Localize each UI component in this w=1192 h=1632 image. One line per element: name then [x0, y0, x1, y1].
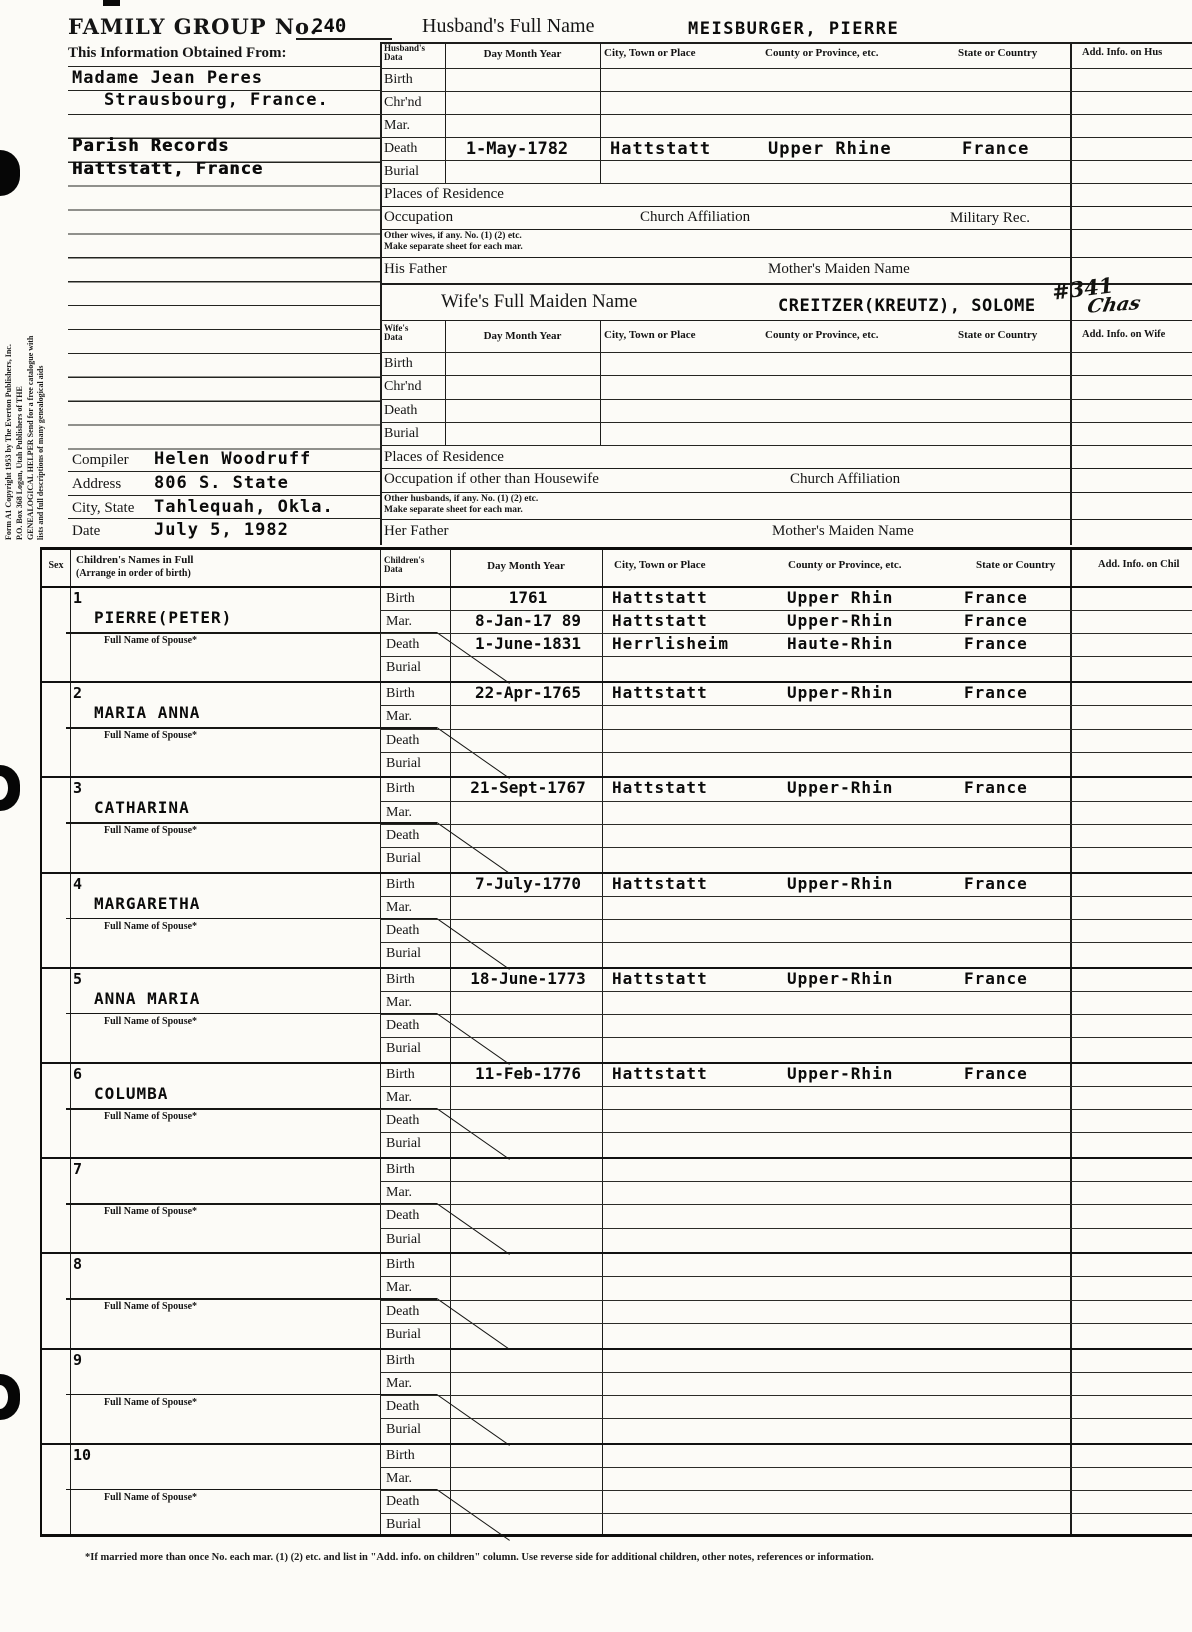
child-row-marriage: Mar.: [380, 897, 1192, 920]
compiler-row: Address 806 S. State: [68, 472, 380, 496]
row-label: Death: [384, 403, 417, 419]
row-county: Upper Rhine: [768, 139, 892, 159]
children-names-subheader: (Arrange in order of birth): [76, 568, 191, 579]
row-state: France: [962, 139, 1029, 159]
wife-data-header: Wife's Data: [384, 324, 408, 343]
source-line: Madame Jean Peres: [72, 68, 263, 88]
husband-vital-rows: Birth Chr'nd Mar.: [380, 68, 1192, 184]
row-city: Hattstatt: [612, 874, 708, 893]
children-table-header: Sex Children's Names in Full (Arrange in…: [42, 550, 1192, 588]
copyright-sidebar: Form A1 Copyright 1953 by The Everton Pu…: [4, 252, 60, 540]
wife-row: Burial: [380, 423, 1192, 446]
child-row-birth: Birth 11-Feb-1776 Hattstatt Upper-Rhin F…: [380, 1064, 1192, 1087]
source-line: Strausbourg, France.: [104, 90, 329, 110]
child-row-birth: Birth: [380, 1350, 1192, 1373]
column-header-city: City, Town or Place: [604, 329, 695, 341]
row-state: France: [964, 634, 1028, 653]
row-label: Mar.: [386, 805, 412, 821]
child-block: 4 MARGARETHA Full Name of Spouse* Birth …: [42, 874, 1192, 969]
child-row-death: Death: [380, 1015, 1192, 1038]
child-row-burial: Burial: [380, 1514, 1192, 1537]
child-row-burial: Burial: [380, 1229, 1192, 1252]
child-row-death: Death: [380, 1491, 1192, 1514]
row-date: 1-June-1831: [454, 634, 602, 653]
compiler-row-label: Compiler: [72, 452, 129, 469]
row-label: Birth: [386, 1448, 415, 1464]
row-date: 7-July-1770: [454, 874, 602, 893]
row-date: 18-June-1773: [454, 969, 602, 988]
child-row-death: Death: [380, 1301, 1192, 1324]
row-date: 8-Jan-17 89: [454, 611, 602, 630]
row-label: Mar.: [386, 1090, 412, 1106]
child-row-marriage: Mar.: [380, 1087, 1192, 1110]
row-county: Upper-Rhin: [787, 683, 893, 702]
row-label: Birth: [384, 356, 413, 372]
child-vital-rows: Birth Mar.: [380, 1445, 1192, 1540]
child-vital-rows: Birth 18-June-1773 Hattstatt Upper-Rhin …: [380, 969, 1192, 1062]
divider: [380, 492, 1192, 493]
wife-row: Death: [380, 400, 1192, 423]
child-number: 2: [73, 684, 82, 702]
row-label: Mar.: [384, 118, 410, 134]
row-label: Death: [386, 923, 419, 939]
row-label: Mar.: [386, 995, 412, 1011]
child-row-birth: Birth 7-July-1770 Hattstatt Upper-Rhin F…: [380, 874, 1192, 897]
row-city: Hattstatt: [612, 778, 708, 797]
column-header-city: City, Town or Place: [604, 47, 695, 59]
spouse-label: Full Name of Spouse*: [104, 635, 197, 646]
child-row-death: Death 1-June-1831 Herrlisheim Haute-Rhin…: [380, 634, 1192, 657]
children-table: Sex Children's Names in Full (Arrange in…: [40, 547, 1192, 1537]
child-name: COLUMBA: [94, 1084, 168, 1103]
row-label: Mar.: [386, 1280, 412, 1296]
places-of-residence-label: Places of Residence: [384, 449, 504, 466]
row-label: Birth: [386, 1067, 415, 1083]
row-state: France: [964, 969, 1028, 988]
row-date: 22-Apr-1765: [454, 683, 602, 702]
row-label: Death: [386, 1494, 419, 1510]
compiler-row: City, State Tahlequah, Okla.: [68, 496, 380, 520]
column-header-date: Day Month Year: [445, 48, 600, 60]
child-vital-rows: Birth Mar.: [380, 1350, 1192, 1443]
family-group-sheet: Form A1 Copyright 1953 by The Everton Pu…: [0, 0, 1192, 1632]
row-label: Birth: [386, 591, 415, 607]
husband-data-header: Husband's Data: [384, 44, 425, 63]
row-county: Upper-Rhin: [787, 969, 893, 988]
child-row-death: Death: [380, 1110, 1192, 1133]
child-row-birth: Birth: [380, 1254, 1192, 1277]
source-label: This Information Obtained From:: [68, 45, 287, 62]
row-label: Mar.: [386, 614, 412, 630]
spouse-label: Full Name of Spouse*: [104, 1206, 197, 1217]
form-title: FAMILY GROUP No.: [68, 14, 318, 39]
form-number: 240: [312, 15, 346, 37]
wife-row: Chr'nd: [380, 376, 1192, 399]
child-row-marriage: Mar.: [380, 992, 1192, 1015]
column-header-state: State or Country: [958, 329, 1037, 341]
child-number: 1: [73, 589, 82, 607]
column-header-addinfo: Add. Info. on Chil: [1098, 559, 1179, 570]
children-data-header: Children's Data: [384, 556, 424, 575]
spouse-label: Full Name of Spouse*: [104, 825, 197, 836]
row-date: 21-Sept-1767: [454, 778, 602, 797]
row-county: Upper-Rhin: [787, 1064, 893, 1083]
child-block: 7 Full Name of Spouse* Birth: [42, 1159, 1192, 1254]
hole-punch: [0, 765, 20, 811]
divider: [380, 468, 1192, 469]
child-vital-rows: Birth 11-Feb-1776 Hattstatt Upper-Rhin F…: [380, 1064, 1192, 1157]
child-row-birth: Birth 1761 Hattstatt Upper Rhin France: [380, 588, 1192, 611]
row-label: Burial: [386, 1327, 421, 1343]
row-label: Burial: [384, 426, 419, 442]
row-label: Birth: [386, 1353, 415, 1369]
child-row-burial: Burial: [380, 753, 1192, 776]
scan-mark: [103, 0, 120, 6]
church-affiliation-label: Church Affiliation: [640, 209, 750, 226]
child-block: 6 COLUMBA Full Name of Spouse* Birth 11-…: [42, 1064, 1192, 1159]
child-row-birth: Birth 21-Sept-1767 Hattstatt Upper-Rhin …: [380, 778, 1192, 801]
child-row-marriage: Mar.: [380, 1277, 1192, 1300]
child-row-marriage: Mar.: [380, 1468, 1192, 1491]
sex-header: Sex: [43, 560, 69, 571]
mothers-maiden-name-label: Mother's Maiden Name: [772, 523, 914, 540]
column-header-date: Day Month Year: [450, 560, 602, 572]
child-row-marriage: Mar.: [380, 706, 1192, 729]
ruled-lines: [68, 66, 380, 451]
spouse-label: Full Name of Spouse*: [104, 730, 197, 741]
row-label: Mar.: [386, 1471, 412, 1487]
child-number: 4: [73, 875, 82, 893]
child-name: ANNA MARIA: [94, 989, 200, 1008]
child-row-marriage: Mar.: [380, 1182, 1192, 1205]
row-county: Upper-Rhin: [787, 611, 893, 630]
row-label: Burial: [386, 946, 421, 962]
wife-vital-rows: Birth Chr'nd Death: [380, 352, 1192, 446]
row-state: France: [964, 778, 1028, 797]
child-block: 5 ANNA MARIA Full Name of Spouse* Birth …: [42, 969, 1192, 1064]
row-label: Burial: [386, 660, 421, 676]
child-row-death: Death: [380, 920, 1192, 943]
child-number: 6: [73, 1065, 82, 1083]
column-header-county: County or Province, etc.: [765, 47, 879, 59]
row-label: Burial: [386, 1136, 421, 1152]
row-date: 1761: [454, 588, 602, 607]
row-label: Death: [386, 637, 419, 653]
row-label: Birth: [386, 1162, 415, 1178]
child-vital-rows: Birth 1761 Hattstatt Upper Rhin France M…: [380, 588, 1192, 681]
child-name: MARGARETHA: [94, 894, 200, 913]
compiler-row-value: 806 S. State: [154, 473, 289, 493]
row-city: Hattstatt: [612, 969, 708, 988]
child-vital-rows: Birth 7-July-1770 Hattstatt Upper-Rhin F…: [380, 874, 1192, 967]
occupation-label: Occupation if other than Housewife: [384, 471, 599, 488]
compiler-row: Date July 5, 1982: [68, 519, 380, 543]
child-name: CATHARINA: [94, 798, 190, 817]
compiler-row-label: City, State: [72, 500, 134, 517]
row-state: France: [964, 611, 1028, 630]
row-county: Haute-Rhin: [787, 634, 893, 653]
child-number: 3: [73, 779, 82, 797]
spouse-label: Full Name of Spouse*: [104, 1016, 197, 1027]
row-state: France: [964, 588, 1028, 607]
child-row-burial: Burial: [380, 657, 1192, 680]
divider: [380, 519, 1192, 520]
row-county: Upper-Rhin: [787, 778, 893, 797]
row-label: Burial: [386, 1232, 421, 1248]
child-row-birth: Birth: [380, 1445, 1192, 1468]
child-number: 7: [73, 1160, 82, 1178]
husband-row: Birth: [380, 69, 1192, 92]
row-label: Burial: [386, 756, 421, 772]
wife-row: Birth: [380, 353, 1192, 376]
compiler-row-value: July 5, 1982: [154, 520, 289, 540]
child-number: 9: [73, 1351, 82, 1369]
other-wives-note: Other wives, if any. No. (1) (2) etc. Ma…: [384, 231, 523, 253]
compiler-row-value: Helen Woodruff: [154, 449, 311, 469]
row-label: Chr'nd: [384, 379, 422, 395]
row-label: Death: [386, 1113, 419, 1129]
child-row-marriage: Mar.: [380, 1373, 1192, 1396]
places-of-residence-label: Places of Residence: [384, 186, 504, 203]
column-header-state: State or Country: [976, 559, 1055, 571]
row-date: 11-Feb-1776: [454, 1064, 602, 1083]
row-city: Hattstatt: [612, 1064, 708, 1083]
husband-row: Burial: [380, 161, 1192, 184]
column-header-city: City, Town or Place: [614, 559, 705, 571]
row-label: Death: [386, 828, 419, 844]
row-state: France: [964, 874, 1028, 893]
her-father-label: Her Father: [384, 523, 449, 540]
divider: [380, 320, 1192, 321]
wife-name-value: CREITZER(KREUTZ), SOLOME: [778, 296, 1036, 316]
spouse-label: Full Name of Spouse*: [104, 1301, 197, 1312]
row-label: Birth: [386, 1257, 415, 1273]
row-label: Death: [384, 141, 417, 157]
divider: [296, 38, 392, 40]
spouse-label: Full Name of Spouse*: [104, 1111, 197, 1122]
source-line: Hattstatt, France: [72, 159, 263, 179]
spouse-label: Full Name of Spouse*: [104, 1492, 197, 1503]
row-label: Mar.: [386, 1185, 412, 1201]
child-row-burial: Burial: [380, 1324, 1192, 1347]
child-row-birth: Birth 18-June-1773 Hattstatt Upper-Rhin …: [380, 969, 1192, 992]
column-header-addinfo: Add. Info. on Wife: [1082, 329, 1165, 340]
row-label: Burial: [386, 851, 421, 867]
row-state: France: [964, 683, 1028, 702]
child-row-marriage: Mar. 8-Jan-17 89 Hattstatt Upper-Rhin Fr…: [380, 611, 1192, 634]
row-label: Burial: [386, 1422, 421, 1438]
row-city: Hattstatt: [610, 139, 711, 159]
row-label: Birth: [386, 781, 415, 797]
compiler-row-value: Tahlequah, Okla.: [154, 497, 334, 517]
children-names-header: Children's Names in Full: [76, 554, 193, 566]
spouse-label: Full Name of Spouse*: [104, 1397, 197, 1408]
child-row-burial: Burial: [380, 1133, 1192, 1156]
compiler-row-label: Date: [72, 523, 100, 540]
compiler-row-label: Address: [72, 476, 121, 493]
child-row-burial: Burial: [380, 848, 1192, 871]
row-state: France: [964, 1064, 1028, 1083]
child-vital-rows: Birth Mar.: [380, 1159, 1192, 1252]
child-row-death: Death: [380, 825, 1192, 848]
spouse-label: Full Name of Spouse*: [104, 921, 197, 932]
church-affiliation-label: Church Affiliation: [790, 471, 900, 488]
husband-name-label: Husband's Full Name: [422, 15, 594, 38]
row-label: Mar.: [386, 900, 412, 916]
row-city: Hattstatt: [612, 683, 708, 702]
child-row-marriage: Mar.: [380, 802, 1192, 825]
row-label: Death: [386, 733, 419, 749]
husband-row: Mar.: [380, 115, 1192, 138]
his-father-label: His Father: [384, 261, 447, 278]
child-row-burial: Burial: [380, 1038, 1192, 1061]
divider: [380, 229, 1192, 230]
husband-row: Chr'nd: [380, 92, 1192, 115]
row-label: Birth: [386, 972, 415, 988]
column-header-date: Day Month Year: [445, 330, 600, 342]
row-city: Hattstatt: [612, 588, 708, 607]
child-block: 9 Full Name of Spouse* Birth: [42, 1350, 1192, 1445]
row-date: 1-May-1782: [442, 139, 592, 159]
occupation-label: Occupation: [384, 209, 453, 226]
child-row-death: Death: [380, 730, 1192, 753]
child-row-burial: Burial: [380, 943, 1192, 966]
row-label: Burial: [386, 1517, 421, 1533]
footer-note: *If married more than once No. each mar.…: [85, 1552, 1185, 1563]
row-label: Death: [386, 1208, 419, 1224]
source-line: Parish Records: [72, 136, 229, 156]
child-block: 8 Full Name of Spouse* Birth: [42, 1254, 1192, 1349]
row-label: Birth: [384, 72, 413, 88]
other-husbands-note: Other husbands, if any. No. (1) (2) etc.…: [384, 494, 538, 516]
child-number: 8: [73, 1255, 82, 1273]
child-row-death: Death: [380, 1205, 1192, 1228]
handwritten-note: Chas: [1086, 292, 1143, 318]
child-row-birth: Birth 22-Apr-1765 Hattstatt Upper-Rhin F…: [380, 683, 1192, 706]
row-label: Mar.: [386, 1376, 412, 1392]
child-name: PIERRE(PETER): [94, 608, 232, 627]
row-label: Birth: [386, 877, 415, 893]
hole-punch: [0, 150, 20, 196]
row-city: Hattstatt: [612, 611, 708, 630]
child-block: 3 CATHARINA Full Name of Spouse* Birth 2…: [42, 778, 1192, 873]
child-block: 2 MARIA ANNA Full Name of Spouse* Birth …: [42, 683, 1192, 778]
military-rec-label: Military Rec.: [950, 210, 1030, 227]
child-vital-rows: Birth Mar.: [380, 1254, 1192, 1347]
child-block: 1 PIERRE(PETER) Full Name of Spouse* Bir…: [42, 588, 1192, 683]
column-header-county: County or Province, etc.: [765, 329, 879, 341]
mothers-maiden-name-label: Mother's Maiden Name: [768, 261, 910, 278]
row-label: Burial: [384, 164, 419, 180]
row-label: Birth: [386, 686, 415, 702]
compiler-row: Compiler Helen Woodruff: [68, 448, 380, 472]
child-number: 10: [73, 1446, 91, 1464]
child-vital-rows: Birth 21-Sept-1767 Hattstatt Upper-Rhin …: [380, 778, 1192, 871]
row-county: Upper-Rhin: [787, 874, 893, 893]
divider: [380, 206, 1192, 207]
row-label: Death: [386, 1304, 419, 1320]
children-rows: 1 PIERRE(PETER) Full Name of Spouse* Bir…: [42, 588, 1192, 1540]
husband-row: Death 1-May-1782 Hattstatt Upper Rhine F…: [380, 138, 1192, 161]
husband-name-value: MEISBURGER, PIERRE: [688, 19, 899, 39]
column-header-county: County or Province, etc.: [788, 559, 902, 571]
child-row-birth: Birth: [380, 1159, 1192, 1182]
row-label: Death: [386, 1018, 419, 1034]
child-number: 5: [73, 970, 82, 988]
row-label: Death: [386, 1399, 419, 1415]
row-label: Burial: [386, 1041, 421, 1057]
hole-punch: [0, 1374, 20, 1420]
column-header-state: State or Country: [958, 47, 1037, 59]
child-name: MARIA ANNA: [94, 703, 200, 722]
row-county: Upper Rhin: [787, 588, 893, 607]
wife-name-label: Wife's Full Maiden Name: [441, 291, 637, 313]
child-block: 10 Full Name of Spouse* Birth: [42, 1445, 1192, 1540]
column-header-addinfo: Add. Info. on Hus: [1082, 47, 1162, 58]
compiler-block: Compiler Helen Woodruff Address 806 S. S…: [68, 448, 380, 543]
divider: [380, 257, 1192, 258]
row-label: Chr'nd: [384, 95, 422, 111]
row-city: Herrlisheim: [612, 634, 729, 653]
row-label: Mar.: [386, 709, 412, 725]
child-row-burial: Burial: [380, 1419, 1192, 1442]
child-row-death: Death: [380, 1396, 1192, 1419]
child-vital-rows: Birth 22-Apr-1765 Hattstatt Upper-Rhin F…: [380, 683, 1192, 776]
